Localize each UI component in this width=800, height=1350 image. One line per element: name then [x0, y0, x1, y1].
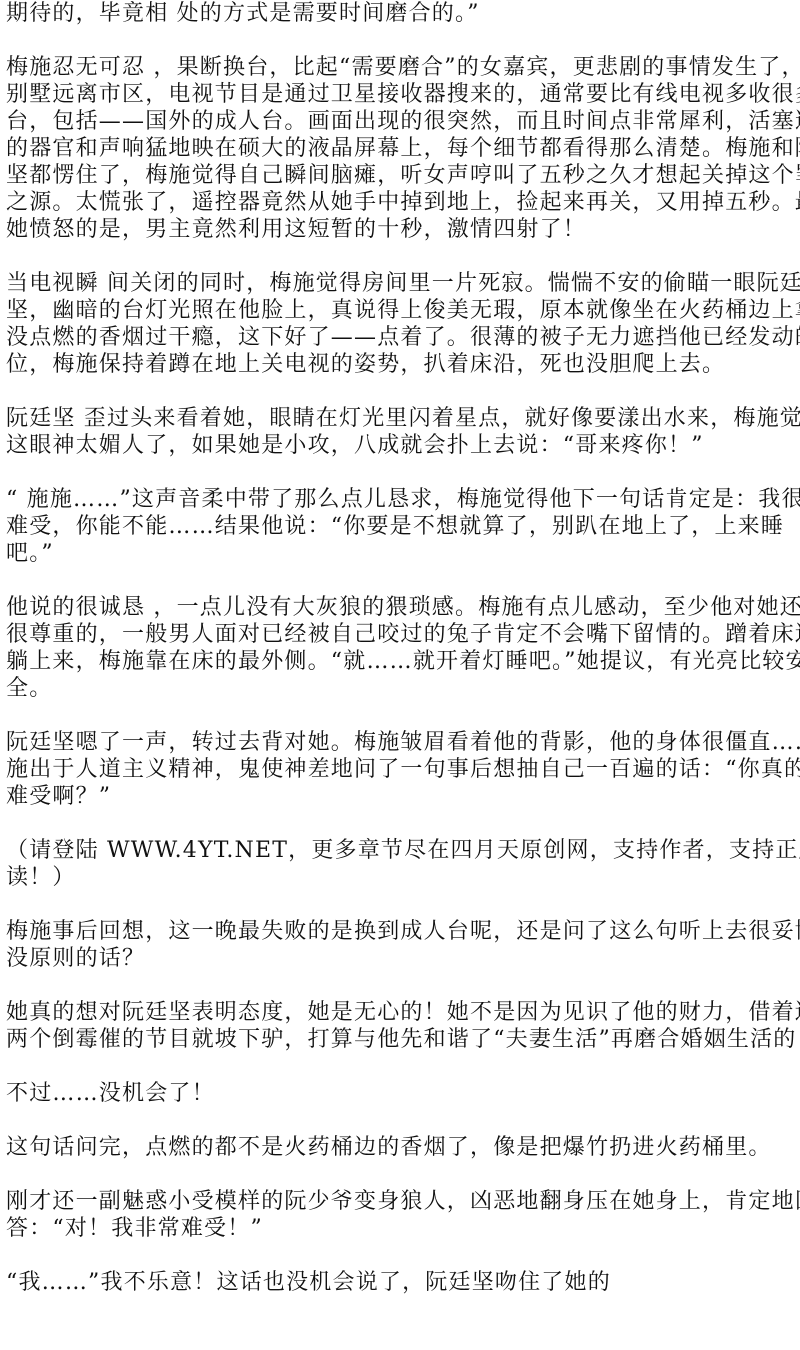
paragraph-8-notice: （请登陆 WWW.4YT.NET，更多章节尽在四月天原创网，支持作者，支持正版阅…: [6, 837, 796, 891]
paragraph-gap: [6, 702, 796, 729]
paragraph-4: 阮廷坚 歪过头来看着她，眼睛在灯光里闪着星点，就好像要漾出水来，梅施觉得 这眼神…: [6, 405, 796, 459]
text-line: 不过……没机会了！: [6, 1080, 796, 1107]
text-line: 全。: [6, 675, 796, 702]
paragraph-gap: [6, 1161, 796, 1188]
paragraph-7: 阮廷坚嗯了一声，转过去背对她。梅施皱眉看着他的背影，他的身体很僵直……梅 施出于…: [6, 729, 796, 810]
text-line: 梅施忍无可忍 ，果断换台，比起“需要磨合”的女嘉宾，更悲剧的事情发生了，: [6, 54, 796, 81]
text-line: 两个倒霉催的节目就坡下驴，打算与他先和谐了“夫妻生活”再磨合婚姻生活的！: [6, 1026, 796, 1053]
text-line: “我……”我不乐意！这话也没机会说了，阮廷坚吻住了她的: [6, 1269, 796, 1296]
text-line: （请登陆 WWW.4YT.NET，更多章节尽在四月天原创网，支持作者，支持正版阅: [6, 837, 796, 864]
text-line: 坚都愣住了，梅施觉得自己瞬间脑瘫，听女声哼叫了五秒之久才想起关掉这个罪恶: [6, 162, 796, 189]
paragraph-9: 梅施事后回想，这一晚最失败的是换到成人台呢，还是问了这么句听上去很妥协很 没原则…: [6, 918, 796, 972]
paragraph-13: 刚才还一副魅惑小受模样的阮少爷变身狼人，凶恶地翻身压在她身上，肯定地回 答：“对…: [6, 1188, 796, 1242]
text-line: 阮廷坚 歪过头来看着她，眼睛在灯光里闪着星点，就好像要漾出水来，梅施觉得: [6, 405, 796, 432]
paragraph-gap: [6, 972, 796, 999]
text-line: 梅施事后回想，这一晚最失败的是换到成人台呢，还是问了这么句听上去很妥协很: [6, 918, 796, 945]
text-line: 刚才还一副魅惑小受模样的阮少爷变身狼人，凶恶地翻身压在她身上，肯定地回: [6, 1188, 796, 1215]
paragraph-5: “ 施施……”这声音柔中带了那么点儿恳求，梅施觉得他下一句话肯定是：我很 难受，…: [6, 486, 796, 567]
text-line: 没点燃的香烟过干瘾，这下好了——点着了。很薄的被子无力遮挡他已经发动的部: [6, 324, 796, 351]
paragraph-gap: [6, 891, 796, 918]
text-line: 台，包括——国外的成人台。画面出现的很突然，而且时间点非常犀利，活塞运动: [6, 108, 796, 135]
text-line: 躺上来，梅施靠在床的最外侧。“就……就开着灯睡吧。”她提议，有光亮比较安: [6, 648, 796, 675]
paragraph-2: 梅施忍无可忍 ，果断换台，比起“需要磨合”的女嘉宾，更悲剧的事情发生了， 别墅远…: [6, 54, 796, 243]
paragraph-gap: [6, 459, 796, 486]
paragraph-1: 期待的，毕竟相 处的方式是需要时间磨合的。”: [6, 0, 796, 27]
paragraph-gap: [6, 810, 796, 837]
text-line: 之源。太慌张了，遥控器竟然从她手中掉到地上，捡起来再关，又用掉五秒。最让: [6, 189, 796, 216]
text-line: 吧。”: [6, 540, 796, 567]
paragraph-10: 她真的想对阮廷坚表明态度，她是无心的！她不是因为见识了他的财力，借着这么 两个倒…: [6, 999, 796, 1053]
paragraph-3: 当电视瞬 间关闭的同时，梅施觉得房间里一片死寂。惴惴不安的偷瞄一眼阮廷 坚，幽暗…: [6, 270, 796, 378]
text-line: 位，梅施保持着蹲在地上关电视的姿势，扒着床沿，死也没胆爬上去。: [6, 351, 796, 378]
paragraph-gap: [6, 567, 796, 594]
text-line: “ 施施……”这声音柔中带了那么点儿恳求，梅施觉得他下一句话肯定是：我很: [6, 486, 796, 513]
paragraph-gap: [6, 1107, 796, 1134]
text-line: 读！）: [6, 864, 796, 891]
text-line: 当电视瞬 间关闭的同时，梅施觉得房间里一片死寂。惴惴不安的偷瞄一眼阮廷: [6, 270, 796, 297]
paragraph-14: “我……”我不乐意！这话也没机会说了，阮廷坚吻住了她的: [6, 1269, 796, 1296]
text-line: 这眼神太媚人了，如果她是小攻，八成就会扑上去说：“哥来疼你！”: [6, 432, 796, 459]
text-line: 她愤怒的是，男主竟然利用这短暂的十秒，激情四射了！: [6, 216, 796, 243]
paragraph-gap: [6, 27, 796, 54]
paragraph-gap: [6, 1053, 796, 1080]
text-line: 她真的想对阮廷坚表明态度，她是无心的！她不是因为见识了他的财力，借着这么: [6, 999, 796, 1026]
text-line: 坚，幽暗的台灯光照在他脸上，真说得上俊美无瑕，原本就像坐在火药桶边上拿着: [6, 297, 796, 324]
paragraph-11: 不过……没机会了！: [6, 1080, 796, 1107]
paragraph-gap: [6, 1242, 796, 1269]
text-line: 他说的很诚恳 ，一点儿没有大灰狼的猥琐感。梅施有点儿感动，至少他对她还是: [6, 594, 796, 621]
paragraph-gap: [6, 243, 796, 270]
document-page: 期待的，毕竟相 处的方式是需要时间磨合的。” 梅施忍无可忍 ，果断换台，比起“需…: [6, 0, 796, 1296]
text-line: 没原则的话？: [6, 945, 796, 972]
text-line: 别墅远离市区，电视节目是通过卫星接收器搜来的，通常要比有线电视多收很多电: [6, 81, 796, 108]
text-line: 这句话问完，点燃的都不是火药桶边的香烟了，像是把爆竹扔进火药桶里。: [6, 1134, 796, 1161]
text-line: 施出于人道主义精神，鬼使神差地问了一句事后想抽自己一百遍的话：“你真的很: [6, 756, 796, 783]
paragraph-12: 这句话问完，点燃的都不是火药桶边的香烟了，像是把爆竹扔进火药桶里。: [6, 1134, 796, 1161]
text-line: 的器官和声响猛地映在硕大的液晶屏幕上，每个细节都看得那么清楚。梅施和阮廷: [6, 135, 796, 162]
text-line: 难受啊？”: [6, 783, 796, 810]
paragraph-6: 他说的很诚恳 ，一点儿没有大灰狼的猥琐感。梅施有点儿感动，至少他对她还是 很尊重…: [6, 594, 796, 702]
paragraph-gap: [6, 378, 796, 405]
text-line: 阮廷坚嗯了一声，转过去背对她。梅施皱眉看着他的背影，他的身体很僵直……梅: [6, 729, 796, 756]
text-line: 难受，你能不能……结果他说：“你要是不想就算了，别趴在地上了，上来睡: [6, 513, 796, 540]
text-line: 期待的，毕竟相 处的方式是需要时间磨合的。”: [6, 0, 796, 27]
text-line: 很尊重的，一般男人面对已经被自己咬过的兔子肯定不会嘴下留情的。蹭着床边线: [6, 621, 796, 648]
text-line: 答：“对！我非常难受！”: [6, 1215, 796, 1242]
